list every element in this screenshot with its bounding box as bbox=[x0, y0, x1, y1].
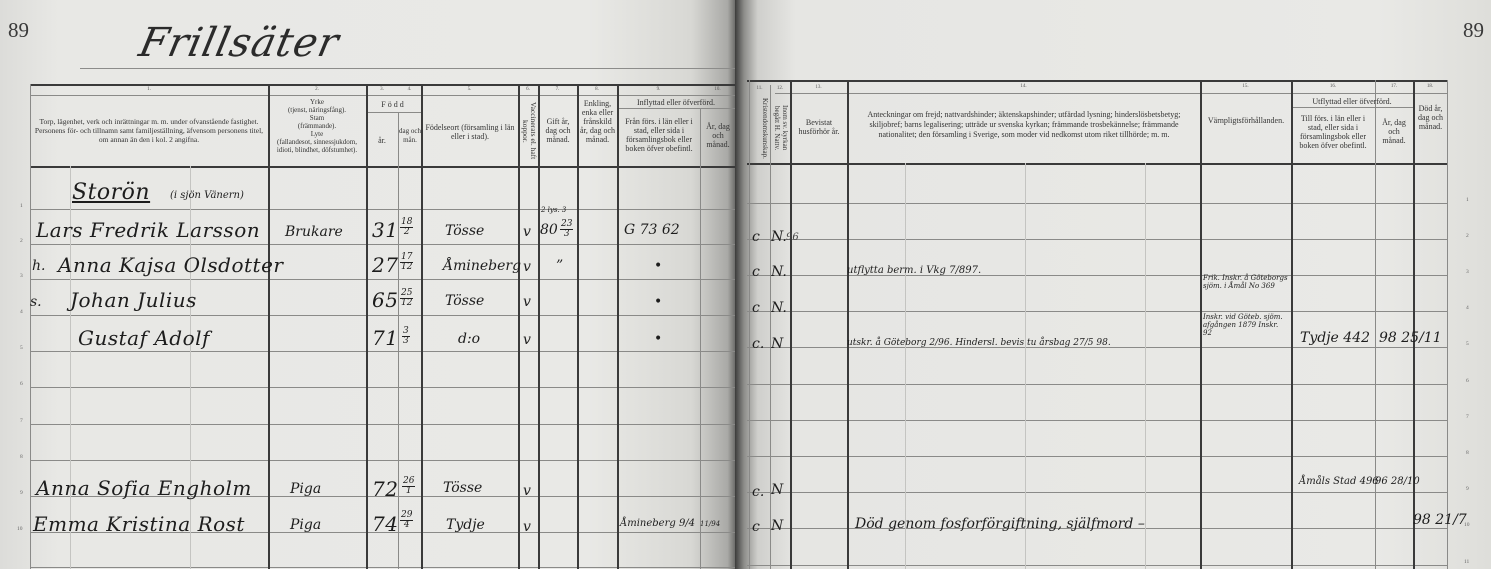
christianity-mark: c bbox=[752, 264, 760, 280]
header-stam: Stam bbox=[270, 114, 364, 122]
col-number-6: 6. bbox=[518, 87, 538, 92]
person-name: Johan Julius bbox=[70, 288, 197, 312]
moved-in-date: 11/94 bbox=[700, 520, 720, 528]
christianity-mark: c bbox=[752, 519, 760, 535]
col-line-17-18 bbox=[1413, 80, 1415, 569]
death-date: 98 21/7 bbox=[1413, 512, 1467, 528]
communion-mark: N bbox=[771, 336, 783, 352]
birthplace: d:o bbox=[458, 331, 480, 347]
header-col10: År, dag och månad. bbox=[701, 122, 735, 149]
title-underline bbox=[80, 68, 735, 69]
page-number-right: 89 bbox=[1463, 18, 1484, 43]
col-line-1-2 bbox=[268, 84, 270, 569]
row-number: 10 bbox=[17, 526, 23, 532]
vaccinated: v bbox=[523, 519, 531, 535]
header-bottom-rule bbox=[747, 163, 1447, 165]
col-number-18: 18. bbox=[1413, 84, 1447, 89]
header-col15: Värnpligtsförhållanden. bbox=[1202, 116, 1290, 125]
header-col13: Bevistat husförhör år. bbox=[792, 118, 846, 136]
header-col18: Död år, dag och månad. bbox=[1415, 104, 1446, 131]
row-rule-4 bbox=[30, 315, 735, 316]
row-number: 3 bbox=[20, 273, 23, 279]
birth-month: 2 bbox=[400, 228, 413, 237]
military-status: Frik. Inskr. å Göteborgs sjöm. i Åmål No… bbox=[1203, 274, 1289, 290]
row-number: 4 bbox=[1466, 305, 1469, 311]
col-line-12-13 bbox=[790, 82, 792, 569]
christianity-mark: c bbox=[752, 229, 760, 245]
row-number: 11 bbox=[1464, 559, 1469, 565]
header-col1: Torp, lägenhet, verk och inrättningar m.… bbox=[34, 117, 264, 144]
married-year: 80 bbox=[540, 222, 558, 238]
moved-out-to: Åmåls Stad 496 bbox=[1299, 476, 1379, 487]
row-rule-1 bbox=[30, 209, 735, 210]
vaccinated: v bbox=[523, 332, 531, 348]
birth-year: 65 bbox=[372, 288, 398, 312]
birth-month: 4 bbox=[400, 521, 413, 530]
row-rule-11 bbox=[30, 567, 735, 568]
moved-out-date: 96 28/10 bbox=[1375, 476, 1420, 487]
communion-mark: N bbox=[771, 518, 783, 534]
row-number: 4 bbox=[20, 309, 23, 315]
married-note: 2 lys. 3 bbox=[541, 206, 566, 214]
moved-in-from: • bbox=[654, 258, 662, 274]
birth-daymonth: 294 bbox=[400, 511, 413, 530]
col-guide-b bbox=[1025, 163, 1026, 569]
birth-year: 31 bbox=[372, 218, 398, 242]
header-col14: Anteckningar om frejd; nattvardshinder; … bbox=[857, 110, 1191, 140]
col-number-13: 13. bbox=[790, 85, 847, 90]
col-guide-c bbox=[1145, 163, 1146, 569]
col-line-end bbox=[1447, 80, 1448, 569]
birth-daymonth: 2512 bbox=[400, 289, 413, 308]
place-title: Frillsäter bbox=[135, 20, 343, 66]
moved-out-date: 98 25/11 bbox=[1379, 330, 1442, 346]
row-number: 1 bbox=[20, 203, 23, 209]
birthplace: Tösse bbox=[443, 480, 482, 496]
moved-in-from: • bbox=[654, 294, 662, 310]
colnum-rule bbox=[775, 93, 1447, 94]
col-line-16-17 bbox=[1375, 80, 1376, 569]
header-col7: Gift år, dag och månad. bbox=[540, 117, 576, 144]
relation: s. bbox=[30, 294, 42, 310]
header-utflyttad: Utflyttad eller öfverförd. bbox=[1291, 97, 1413, 106]
col-number-7: 7. bbox=[538, 87, 577, 92]
col-line-0 bbox=[30, 84, 31, 569]
row-number: 8 bbox=[1466, 450, 1469, 456]
person-name: Emma Kristina Rost bbox=[33, 512, 245, 536]
col-line-4-5 bbox=[421, 84, 423, 569]
col-line-6-7 bbox=[538, 84, 540, 569]
row-number: 8 bbox=[20, 454, 23, 460]
col-line-7-8 bbox=[577, 84, 579, 569]
col-number-3: 3. bbox=[366, 87, 398, 92]
row-rule-8 bbox=[747, 456, 1447, 457]
birth-daymonth: 182 bbox=[400, 218, 413, 237]
communion-mark: N. bbox=[771, 229, 787, 245]
right-page: 89 11. 12. 13. 14. 15. 16. 17. 18. Krist… bbox=[735, 0, 1491, 569]
header-col5: Födelseort (församling i län eller i sta… bbox=[424, 123, 516, 141]
vaccinated: v bbox=[523, 483, 531, 499]
header-col8: Enkling, enka eller frånskild år, dag oc… bbox=[579, 99, 616, 144]
col-number-4: 4. bbox=[398, 87, 421, 92]
table-top-rule bbox=[30, 84, 735, 86]
birth-year: 71 bbox=[372, 326, 398, 350]
vaccinated: v bbox=[523, 294, 531, 310]
person-name: Gustaf Adolf bbox=[78, 326, 210, 350]
birth-month: 1 bbox=[402, 487, 415, 496]
row-rule-9 bbox=[747, 492, 1447, 493]
col-line-15-16 bbox=[1291, 80, 1293, 569]
row-number: 2 bbox=[1466, 233, 1469, 239]
row-number: 7 bbox=[20, 418, 23, 424]
left-page: 89 Frillsäter 1. 2. 3. 4. 5. 6. 7. 8. 9.… bbox=[0, 0, 735, 569]
married-daymonth: 233 bbox=[560, 220, 573, 239]
col-number-8: 8. bbox=[577, 87, 617, 92]
col-line-2-3 bbox=[366, 84, 368, 569]
christianity-mark: c. bbox=[752, 336, 764, 352]
header-stam-desc: (främmande). bbox=[270, 122, 364, 130]
fodd-rule bbox=[368, 112, 422, 113]
inflyttad-rule bbox=[618, 108, 735, 109]
row-rule-3 bbox=[30, 279, 735, 280]
row-number: 5 bbox=[1466, 341, 1469, 347]
header-col9: Från förs. i län eller i stad, eller sid… bbox=[619, 117, 699, 153]
birth-year: 27 bbox=[372, 253, 398, 277]
table-top-rule bbox=[747, 80, 1447, 82]
col-number-16: 16. bbox=[1291, 84, 1375, 89]
row-rule-7 bbox=[747, 420, 1447, 421]
row-rule-4 bbox=[747, 311, 1447, 312]
utflyttad-rule bbox=[1291, 107, 1413, 108]
header-col16: Till förs. i län eller i stad, eller sid… bbox=[1293, 114, 1373, 150]
row-rule-7 bbox=[30, 424, 735, 425]
col-line-14-15 bbox=[1200, 80, 1202, 569]
birth-month: 12 bbox=[400, 299, 413, 308]
col-number-5: 5. bbox=[421, 87, 518, 92]
row-number: 6 bbox=[20, 381, 23, 387]
birthplace: Tydje bbox=[446, 517, 485, 533]
header-bottom-rule bbox=[30, 166, 735, 168]
row-rule-11 bbox=[747, 565, 1447, 566]
birth-daymonth: 1712 bbox=[400, 253, 413, 272]
col-number-9: 9. bbox=[617, 87, 700, 92]
row-rule-2 bbox=[30, 244, 735, 245]
header-birth-daymonth: dag och mån. bbox=[399, 127, 421, 145]
communion-mark: N. bbox=[771, 300, 787, 316]
header-col2: Yrke (tjenst, näringsfång). Stam (främma… bbox=[270, 98, 364, 154]
col-line-9-10 bbox=[700, 108, 701, 569]
moved-out-to: Tydje 442 bbox=[1300, 330, 1370, 346]
person-name: Anna Kajsa Olsdotter bbox=[58, 253, 283, 277]
header-lyte: Lyte bbox=[270, 130, 364, 138]
row-number: 1 bbox=[1466, 197, 1469, 203]
catechism-year: 96 bbox=[786, 232, 799, 243]
relation: h. bbox=[32, 258, 45, 274]
row-number: 2 bbox=[20, 238, 23, 244]
row-rule-1 bbox=[747, 203, 1447, 204]
col-line-13-14 bbox=[847, 82, 849, 569]
row-rule-2 bbox=[747, 239, 1447, 240]
communion-mark: N. bbox=[771, 264, 787, 280]
row-rule-6 bbox=[747, 384, 1447, 385]
section-heading: Storön bbox=[72, 180, 150, 205]
christianity-mark: c. bbox=[752, 484, 764, 500]
col-line-8-9 bbox=[617, 84, 619, 569]
christianity-mark: c bbox=[752, 300, 760, 316]
col-number-15: 15. bbox=[1200, 84, 1291, 89]
birth-month: 12 bbox=[400, 263, 413, 272]
col-number-14: 14. bbox=[847, 84, 1200, 89]
row-number: 9 bbox=[20, 490, 23, 496]
vaccinated: v bbox=[523, 224, 531, 240]
moved-in-from: • bbox=[654, 331, 662, 347]
birth-month: 3 bbox=[402, 337, 410, 346]
row-number: 5 bbox=[20, 345, 23, 351]
header-col12: Inom sv. kyrkan begått H. Nattv. bbox=[771, 96, 789, 160]
header-inflyttad: Inflyttad eller öfverförd. bbox=[617, 98, 735, 107]
row-number: 3 bbox=[1466, 269, 1469, 275]
header-col11: Kristendomskunskap. bbox=[750, 96, 769, 160]
col-number-12: 12. bbox=[770, 86, 790, 91]
row-rule-6 bbox=[30, 387, 735, 388]
header-birth-year: år. bbox=[366, 136, 398, 145]
row-number: 6 bbox=[1466, 378, 1469, 384]
communion-mark: N bbox=[771, 482, 783, 498]
vaccinated: v bbox=[523, 259, 531, 275]
notes: Död genom fosforförgiftning, själfmord – bbox=[855, 516, 1145, 532]
person-name: Anna Sofia Engholm bbox=[36, 476, 252, 500]
occupation: Piga bbox=[290, 481, 321, 497]
birth-daymonth: 261 bbox=[402, 477, 415, 496]
col-number-17: 17. bbox=[1375, 84, 1413, 89]
header-yrke: Yrke bbox=[270, 98, 364, 106]
header-fodd: Född bbox=[366, 100, 421, 109]
occupation: Brukare bbox=[285, 224, 343, 240]
notes: utflytta berm. i Vkg 7/897. bbox=[847, 265, 981, 276]
header-col6: Vaccinerats el. haft koppor. bbox=[520, 98, 537, 164]
row-number: 9 bbox=[1466, 486, 1469, 492]
notes: utskr. å Göteborg 2/96. Hindersl. bevis … bbox=[847, 338, 1111, 348]
col-number-10: 10. bbox=[700, 87, 735, 92]
moved-in-from: Åmineberg 9/4 bbox=[620, 518, 695, 529]
col-number-2: 2. bbox=[268, 87, 366, 92]
section-heading-note: (i sjön Vänern) bbox=[170, 190, 244, 201]
col-number-1: 1. bbox=[30, 87, 268, 92]
birth-year: 72 bbox=[372, 477, 398, 501]
birthplace: Tösse bbox=[445, 293, 484, 309]
colnum-rule bbox=[30, 95, 735, 96]
birthplace: Tösse bbox=[445, 223, 484, 239]
header-lyte-desc: (fallandesot, sinnessjukdom, idioti, bli… bbox=[270, 138, 364, 154]
header-yrke-desc: (tjenst, näringsfång). bbox=[270, 106, 364, 114]
moved-in-from: G 73 62 bbox=[624, 222, 680, 238]
header-col17: År, dag och månad. bbox=[1376, 118, 1412, 145]
row-rule-8 bbox=[30, 460, 735, 461]
col-number-11: 11. bbox=[749, 86, 770, 91]
birthplace: Åmineberg bbox=[443, 258, 521, 274]
married-month: 3 bbox=[560, 230, 573, 239]
col-guide-a bbox=[905, 163, 906, 569]
occupation: Piga bbox=[290, 517, 321, 533]
military-status: Inskr. vid Göteb. sjöm. afgången 1879 In… bbox=[1203, 313, 1289, 337]
person-name: Lars Fredrik Larsson bbox=[36, 218, 260, 242]
page-number-left: 89 bbox=[8, 18, 29, 43]
row-rule-5 bbox=[30, 351, 735, 352]
birth-year: 74 bbox=[372, 512, 398, 536]
birth-daymonth: 33 bbox=[402, 327, 410, 346]
row-number: 7 bbox=[1466, 414, 1469, 420]
married-ditto: ” bbox=[556, 258, 563, 274]
